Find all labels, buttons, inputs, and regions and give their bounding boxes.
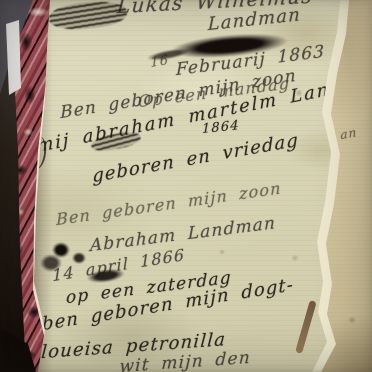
ink-scribble-crossed-word (48, 0, 128, 32)
ink-blot-cluster-3 (40, 254, 62, 272)
manuscript-page: Lukas Wilhelmus Landman 16 Februarij 186… (0, 0, 372, 372)
handwritten-fragment-an: an (340, 125, 358, 142)
ink-blot-cluster-2 (72, 252, 86, 264)
brown-stain-stroke (295, 300, 317, 354)
photograph-old-book-page: Lukas Wilhelmus Landman 16 Februarij 186… (0, 0, 372, 372)
